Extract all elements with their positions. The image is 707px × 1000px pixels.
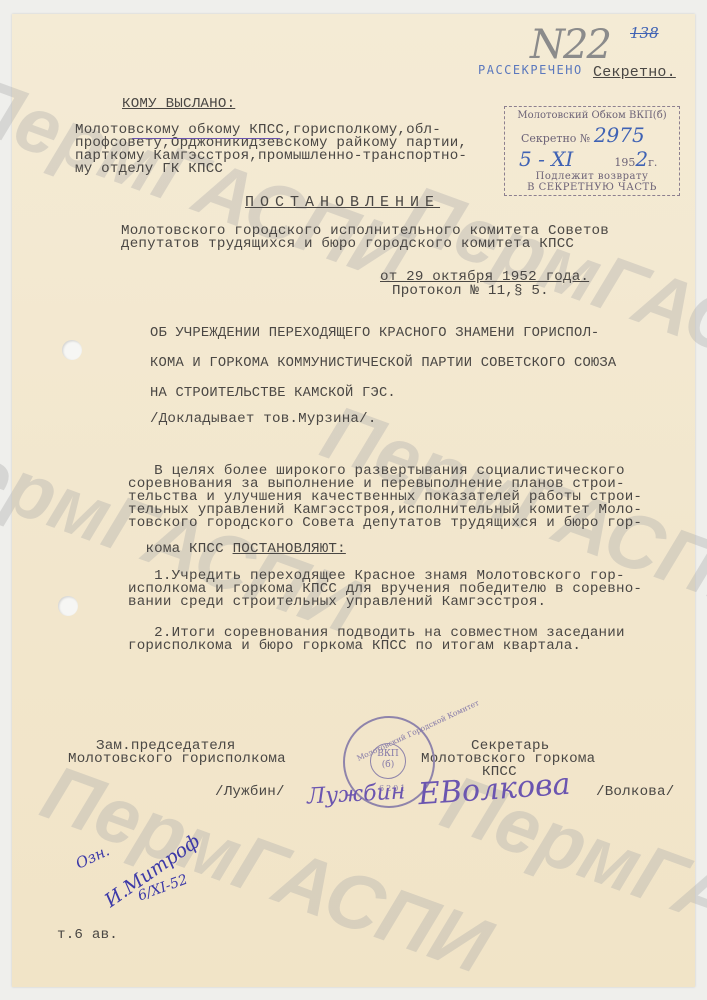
preamble-line-last: кома КПСС ПОСТАНОВЛЯЮТ: xyxy=(128,530,346,555)
declassified-stamp: РАССЕКРЕЧЕНО xyxy=(478,63,583,77)
stamp-return-dept: В СЕКРЕТНУЮ ЧАСТЬ xyxy=(505,182,679,193)
item-1-line: вании среди строительных управлений Камг… xyxy=(128,596,546,609)
preamble-line: товского городского Совета депутатов тру… xyxy=(128,517,642,530)
stamp-year-prefix: 195 xyxy=(614,156,635,169)
stamp-secret-row: Секретно № 2975 xyxy=(505,123,679,147)
seal-center-text-2: (б) xyxy=(371,760,405,771)
subject-line: ОБ УЧРЕЖДЕНИИ ПЕРЕХОДЯЩЕГО КРАСНОГО ЗНАМ… xyxy=(150,324,599,344)
left-signer-name: /Лужбин/ xyxy=(215,786,285,799)
punch-hole-top xyxy=(62,340,82,360)
seal-center: ВКП (б) xyxy=(370,743,406,779)
subject-line: КОМА И ГОРКОМА КОММУНИСТИЧЕСКОЙ ПАРТИИ С… xyxy=(150,354,616,374)
stamp-date-row: 5 - XI 1952г. xyxy=(505,147,679,171)
watermark: ПермГАСПИ xyxy=(0,57,422,303)
right-signer-name: /Волкова/ xyxy=(596,786,674,799)
typist-mark: т.6 ав. xyxy=(57,929,118,942)
resolve-word: ПОСТАНОВЛЯЮТ: xyxy=(233,541,346,557)
speaker-note: /Докладывает тов.Мурзина/. xyxy=(150,413,377,426)
issuer-line: депутатов трудящихся и бюро городского к… xyxy=(121,238,574,251)
underline-handwritten xyxy=(132,138,280,139)
stamp-return-note: Подлежит возврату xyxy=(505,171,679,182)
protocol-number: Протокол № 11,§ 5. xyxy=(392,285,549,298)
classification-label: Секретно. xyxy=(593,67,676,80)
document-date: от 29 октября 1952 года. xyxy=(380,271,589,284)
sheet-number-crossed: 138 xyxy=(630,24,659,42)
punch-hole-bottom xyxy=(58,596,78,616)
item-2-line: горисполкома и бюро горкома КПСС по итог… xyxy=(128,640,581,653)
left-signer-org: Молотовского горисполкома xyxy=(68,753,286,766)
stamp-secret-label: Секретно № xyxy=(521,132,590,145)
stamp-date: 5 - XI xyxy=(519,147,573,171)
stamp-year: 2 xyxy=(635,147,648,171)
distribution-line: му отделу ГК КПСС xyxy=(75,163,223,176)
stamp-secret-number: 2975 xyxy=(594,123,645,147)
left-handwritten-signature: Лужбин xyxy=(306,779,405,809)
subject-line: НА СТРОИТЕЛЬСТВЕ КАМСКОЙ ГЭС. xyxy=(150,384,396,404)
stamp-org: Молотовский Обком ВКП(б) xyxy=(505,110,679,121)
seal-center-text-1: ВКП xyxy=(371,749,405,760)
archive-number: N22 xyxy=(530,22,610,68)
stamp-year-suffix: г. xyxy=(648,156,657,169)
preamble-last-prefix: кома КПСС xyxy=(145,541,232,557)
secret-registration-stamp: Молотовский Обком ВКП(б) Секретно № 2975… xyxy=(504,106,680,196)
distribution-label: КОМУ ВЫСЛАНО: xyxy=(122,98,235,111)
document-title: ПОСТАНОВЛЕНИЕ xyxy=(245,197,440,210)
